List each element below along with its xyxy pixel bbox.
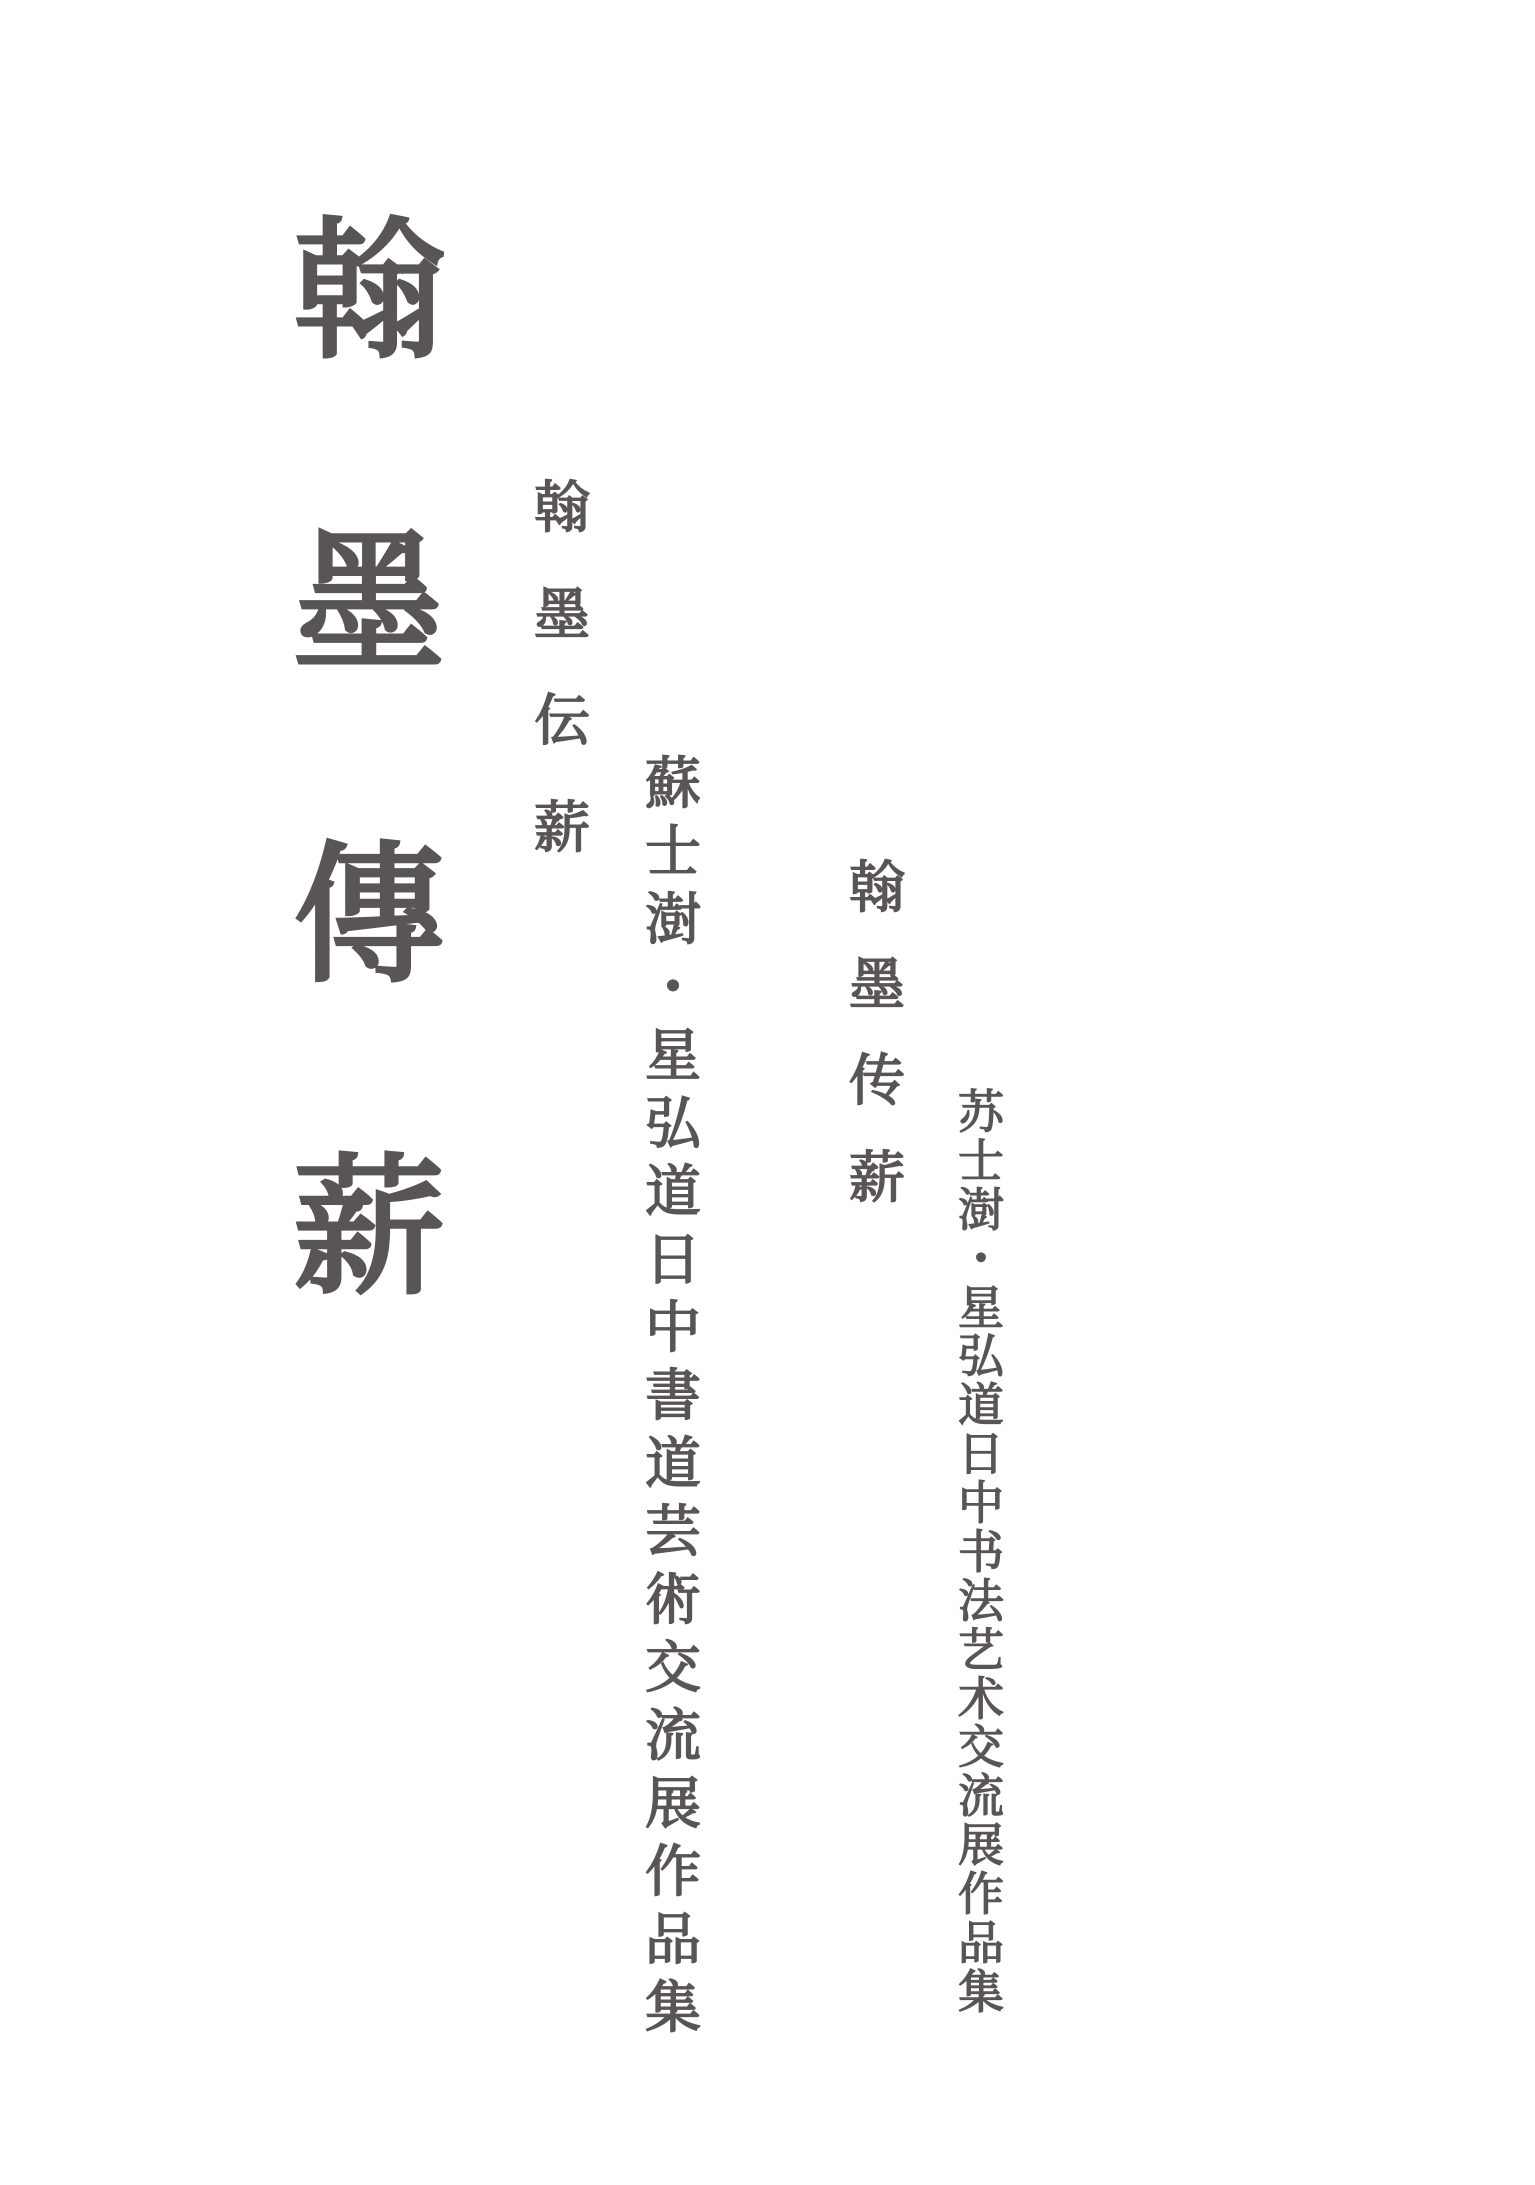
japanese-title-long: 蘇士澍・星弘道日中書道芸術交流展作品集 [641, 756, 705, 2036]
main-title-seal-calligraphy: 翰墨傳薪 [286, 215, 452, 1303]
title-page: 翰墨傳薪 翰墨伝薪 蘇士澍・星弘道日中書道芸術交流展作品集 翰墨传薪 苏士澍・星… [0, 0, 1535, 2185]
chinese-title-long: 苏士澍・星弘道日中书法艺术交流展作品集 [955, 1089, 1007, 2015]
chinese-title-short: 翰墨传薪 [846, 860, 908, 1206]
japanese-title-short: 翰墨伝薪 [531, 480, 593, 856]
